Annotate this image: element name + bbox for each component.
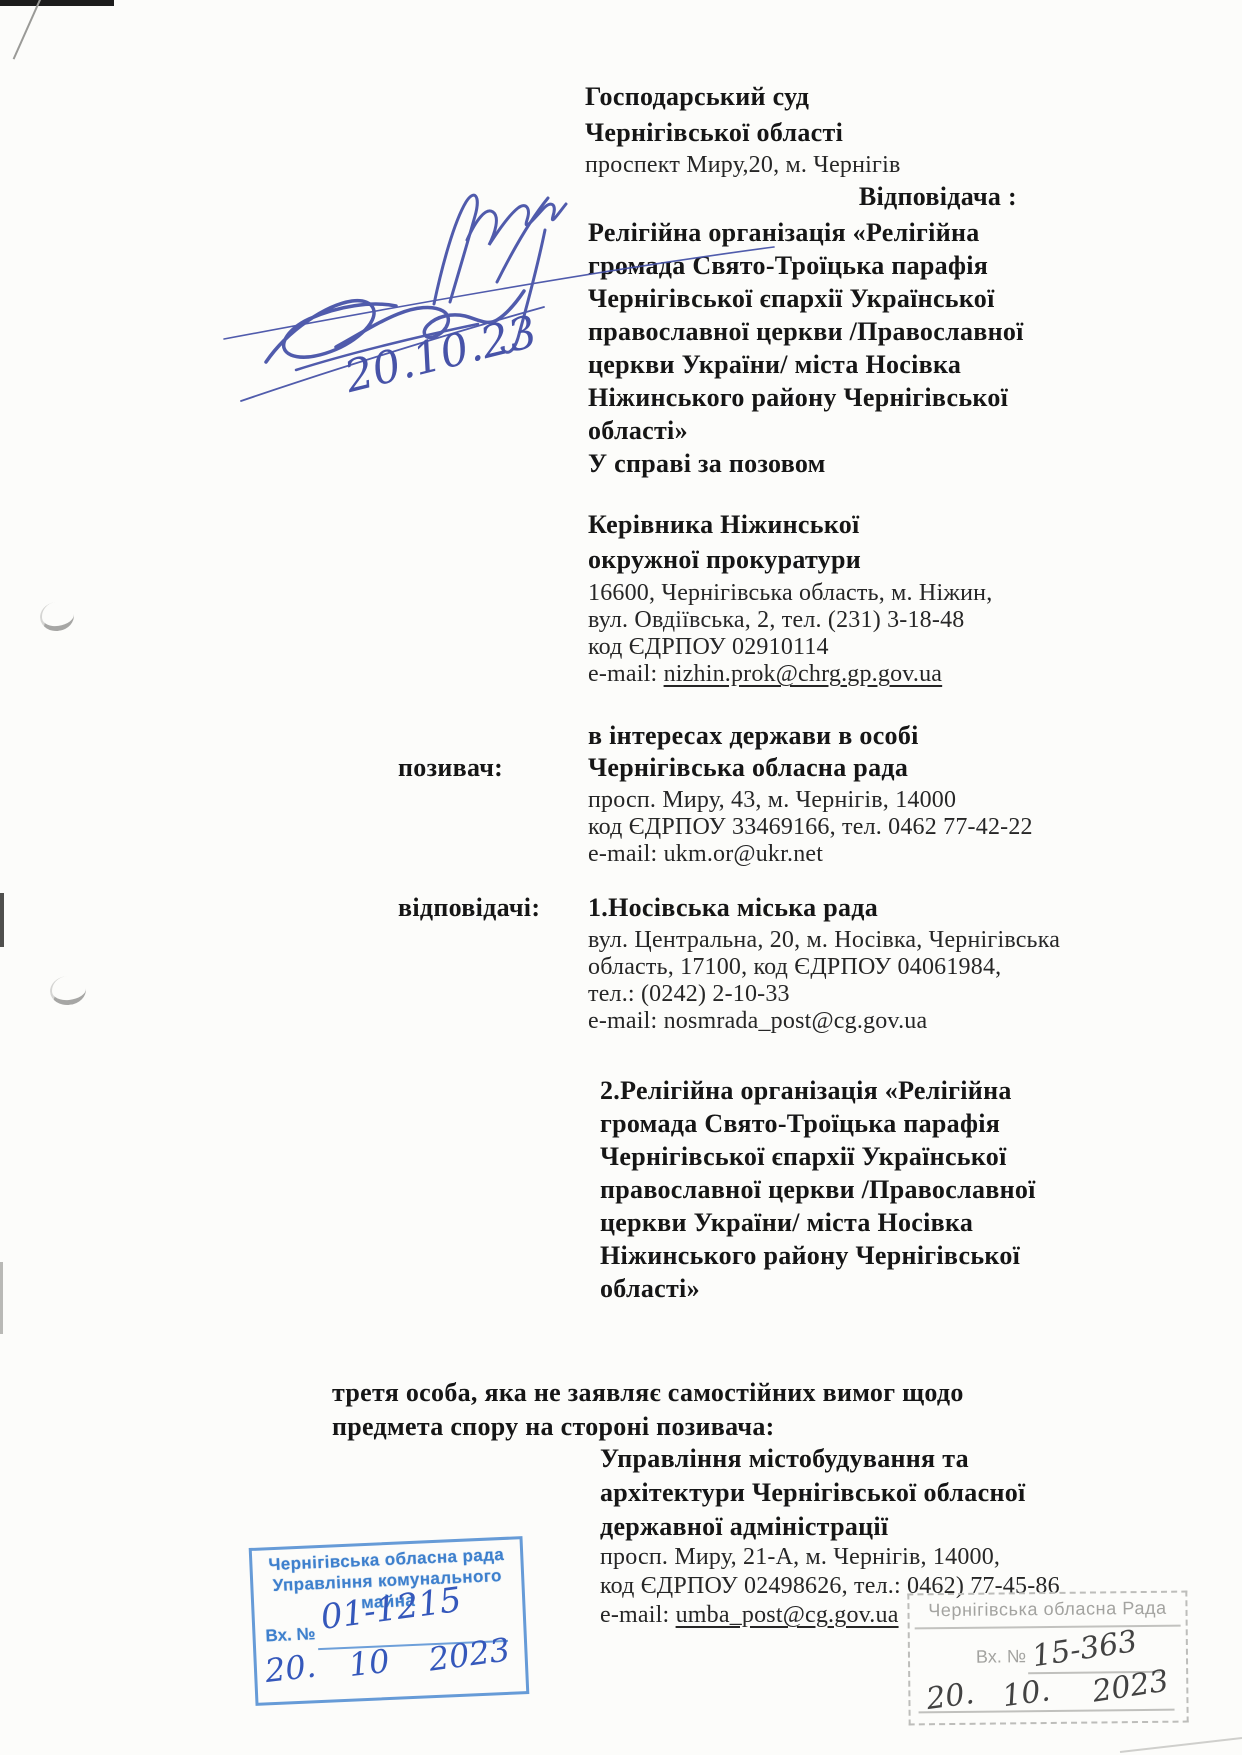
scan-left-edge-strip (0, 893, 4, 947)
respondent-line: церкви України/ міста Носівка (588, 350, 961, 380)
incoming-stamp-oblast-council-property-dept: Чернігівська обласна рада Управління ком… (249, 1536, 530, 1706)
stamp-date-year-handwritten: 2023 (426, 1630, 512, 1678)
defendant1-email: e-mail: nosmrada_post@cg.gov.ua (588, 1008, 927, 1035)
defendant2-line: Чернігівської єпархії Української (600, 1142, 1007, 1172)
third-party-name-line2: архітектури Чернігівської обласної (600, 1478, 1026, 1508)
stamp-number-handwritten: 15-363 (1030, 1624, 1140, 1674)
stamp-org-line: Чернігівська обласна Рада (909, 1598, 1185, 1622)
court-address: проспект Миру,20, м. Чернігів (585, 152, 900, 179)
defendant2-line: Ніжинського району Чернігівської (600, 1241, 1020, 1271)
scan-corner-fold-line (13, 0, 42, 60)
prosecutor-address-line3: код ЄДРПОУ 02910114 (588, 634, 829, 661)
defendant1-name: 1.Носівська міська рада (588, 893, 878, 923)
scan-bottom-right-line (1120, 1738, 1242, 1752)
respondent-line: громада Свято-Троїцька парафія (588, 251, 988, 281)
stamp-date-day-handwritten: 20. (263, 1647, 318, 1691)
prosecutor-email: e-mail: nizhin.prok@chrg.gp.gov.ua (588, 661, 942, 688)
prosecutor-name-line2: окружної прокуратури (588, 545, 861, 575)
defendant1-phone: тел.: (0242) 2-10-33 (588, 981, 790, 1008)
third-party-header-line1: третя особа, яка не заявляє самостійних … (332, 1378, 964, 1408)
signature-stroke (467, 204, 566, 245)
third-party-email: e-mail: umba_post@cg.gov.ua (600, 1602, 899, 1629)
scanned-court-document-page: Господарський суд Чернігівської області … (0, 0, 1242, 1755)
third-party-name-line3: державної адміністрації (600, 1512, 888, 1542)
plaintiff-address-line1: просп. Миру, 43, м. Чернігів, 14000 (588, 787, 956, 814)
stamp-field-label: Вх. № (976, 1646, 1026, 1668)
respondent-line: Ніжинського району Чернігівської (588, 383, 1008, 413)
defendants-label: відповідачі: (398, 893, 540, 923)
respondent-line: Релігійна організація «Релігійна (588, 218, 980, 248)
email-label: e-mail: (588, 661, 664, 687)
prosecutor-address-line1: 16600, Чернігівська область, м. Ніжин, (588, 580, 992, 607)
defendant2-line: церкви України/ міста Носівка (600, 1208, 973, 1238)
third-party-address-line1: просп. Миру, 21-А, м. Чернігів, 14000, (600, 1544, 1000, 1571)
respondent-line: православної церкви /Православної (588, 317, 1024, 347)
court-name-line1: Господарський суд (585, 82, 809, 112)
defendant1-address-line2: область, 17100, код ЄДРПОУ 04061984, (588, 954, 1001, 981)
respondent-line: Чернігівської єпархії Української (588, 284, 995, 314)
plaintiff-label: позивач: (398, 753, 503, 783)
prosecutor-address-line2: вул. Овдіївська, 2, тел. (231) 3-18-48 (588, 607, 964, 634)
prosecutor-email-address: nizhin.prok@chrg.gp.gov.ua (664, 661, 943, 687)
third-party-name-line1: Управління містобудування та (600, 1444, 969, 1474)
plaintiff-address-line2: код ЄДРПОУ 33469166, тел. 0462 77-42-22 (588, 814, 1033, 841)
plaintiff-name: Чернігівська обласна рада (588, 753, 908, 783)
stamp-date-month-handwritten: 10. (1000, 1673, 1052, 1714)
defendant2-line: 2.Релігійна організація «Релігійна (600, 1076, 1012, 1106)
punch-hole-shadow-bottom (49, 974, 88, 1007)
defendant2-line: області» (600, 1274, 700, 1304)
respondent-line: області» (588, 416, 688, 446)
scan-corner-black-band (0, 0, 114, 6)
case-line: У справі за позовом (588, 449, 826, 479)
prosecutor-name-line1: Керівника Ніжинської (588, 510, 860, 540)
punch-hole-shadow-top (38, 600, 76, 633)
plaintiff-interest-line: в інтересах держави в особі (588, 721, 919, 751)
defendant1-address-line1: вул. Центральна, 20, м. Носівка, Чернігі… (588, 927, 1060, 954)
signature-date-handwritten: 20.10.23 (340, 306, 542, 403)
plaintiff-email: e-mail: ukm.or@ukr.net (588, 841, 823, 868)
stamp-date-month-handwritten: 10 (347, 1642, 392, 1684)
stamp-field-label: Вх. № (265, 1624, 316, 1646)
signature-stroke (434, 195, 477, 304)
incoming-stamp-oblast-council: Чернігівська обласна Рада Вх. № 15-363 2… (907, 1591, 1188, 1726)
third-party-header-line2: предмета спору на стороні позивача: (332, 1412, 775, 1442)
email-label: e-mail: (600, 1602, 676, 1628)
defendant2-line: православної церкви /Православної (600, 1175, 1036, 1205)
stamp-divider-line (915, 1625, 1181, 1630)
scan-left-edge-strip-faint (0, 1262, 3, 1334)
court-name-line2: Чернігівської області (585, 118, 843, 148)
defendant2-line: громада Свято-Троїцька парафія (600, 1109, 1000, 1139)
signature-stroke (497, 198, 548, 282)
third-party-email-address: umba_post@cg.gov.ua (676, 1602, 899, 1628)
respondent-header: Відповідача : (585, 182, 1017, 212)
